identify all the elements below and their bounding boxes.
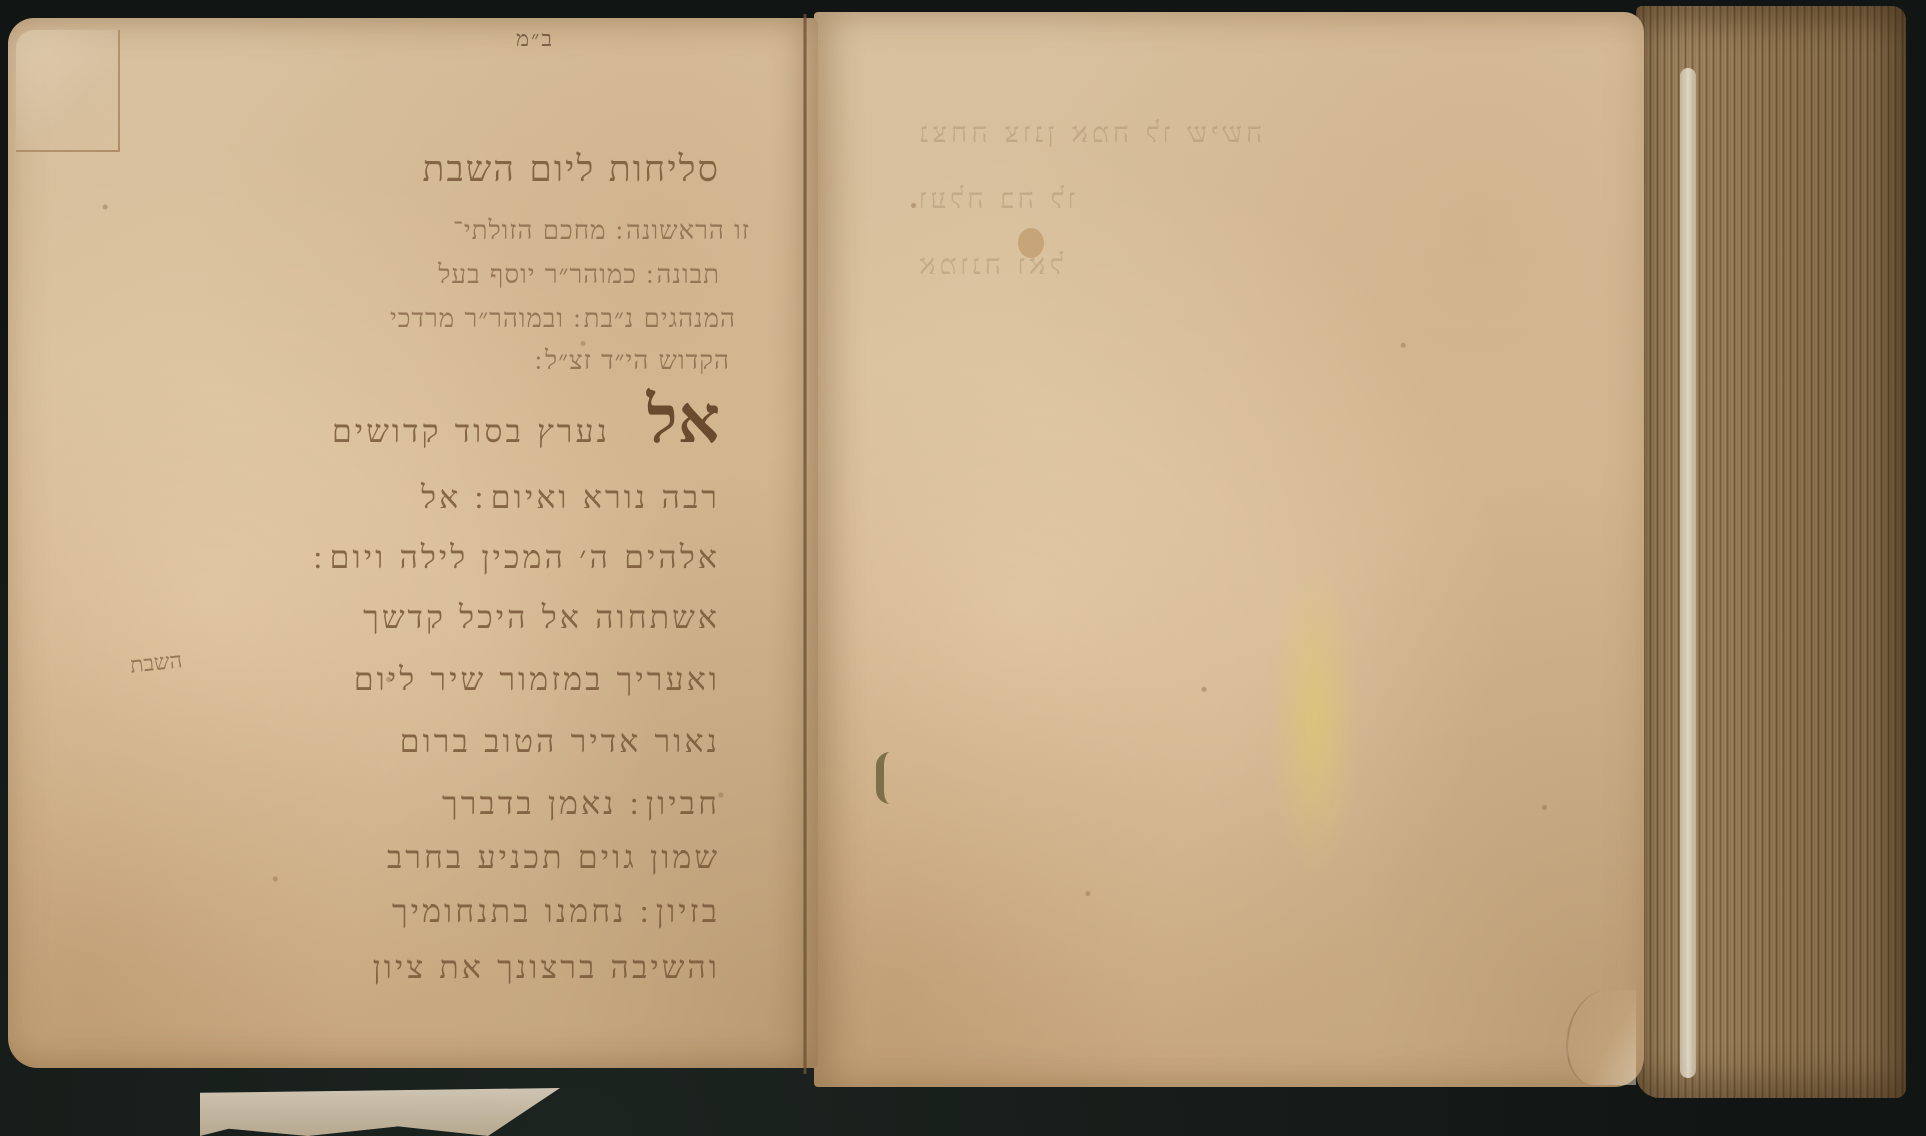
torn-page-fragment	[200, 1088, 560, 1136]
margin-note: השבת	[129, 647, 184, 678]
verse-line: שמון גוים תכניע בחרב	[387, 838, 720, 876]
book-gutter	[803, 14, 807, 1074]
intro-line: תבונה ׃ כמוהר״ר יוסף בעל	[438, 260, 720, 290]
yellow-stain	[1270, 560, 1360, 880]
page-title: סליחות ליום השבת	[422, 148, 720, 190]
initial-word: אל	[647, 380, 720, 459]
intro-line: זו הראשונה ׃ מחכם הזולתי־	[453, 216, 750, 246]
verse-line: אשתחוה אל היכל קדשך	[363, 598, 720, 636]
verse-line: אלהים ה׳ המכין לילה ויום ׃	[313, 538, 720, 576]
bleed-line: ועלה בה לו	[915, 166, 1435, 232]
verse-line: חביון ׃ נאמן בדברך	[442, 784, 720, 822]
folded-corner	[16, 30, 120, 152]
ink-bracket-mark	[876, 752, 892, 804]
fore-edge-light-strip	[1680, 68, 1696, 1078]
folio-number: ב״מ	[516, 26, 554, 52]
intro-line: המנהגים נ״בת ׃ ובמוהר״ר מרדכי	[390, 304, 736, 334]
verse-line: רבה נורא ואיום ׃ אל	[421, 478, 720, 516]
open-manuscript-book: ב״מ סליחות ליום השבת זו הראשונה ׃ מחכם ה…	[0, 0, 1926, 1136]
bleed-line: נצחה צונן אמה לו שישה	[915, 100, 1435, 166]
verse-line: והשיבה ברצונך את ציון	[373, 948, 720, 986]
verse-line: נאור אדיר הטוב ברום	[400, 722, 720, 760]
intro-line: הקדוש הי״ד זצ״ל ׃	[535, 346, 730, 376]
verse-line: נערץ בסוד קדושים	[332, 412, 610, 450]
bleed-through-text: נצחה צונן אמה לו שישה ועלה בה לו אמונה ו…	[915, 100, 1435, 298]
verse-line: בזיון ׃ נחמנו בתנחומיך	[392, 892, 720, 930]
page-block-fore-edge	[1636, 6, 1906, 1098]
bleed-line: אמונה ואל	[915, 232, 1435, 298]
stain-spot	[1018, 228, 1044, 258]
verse-line: ואעריך במזמור שיר ליום	[354, 660, 720, 698]
